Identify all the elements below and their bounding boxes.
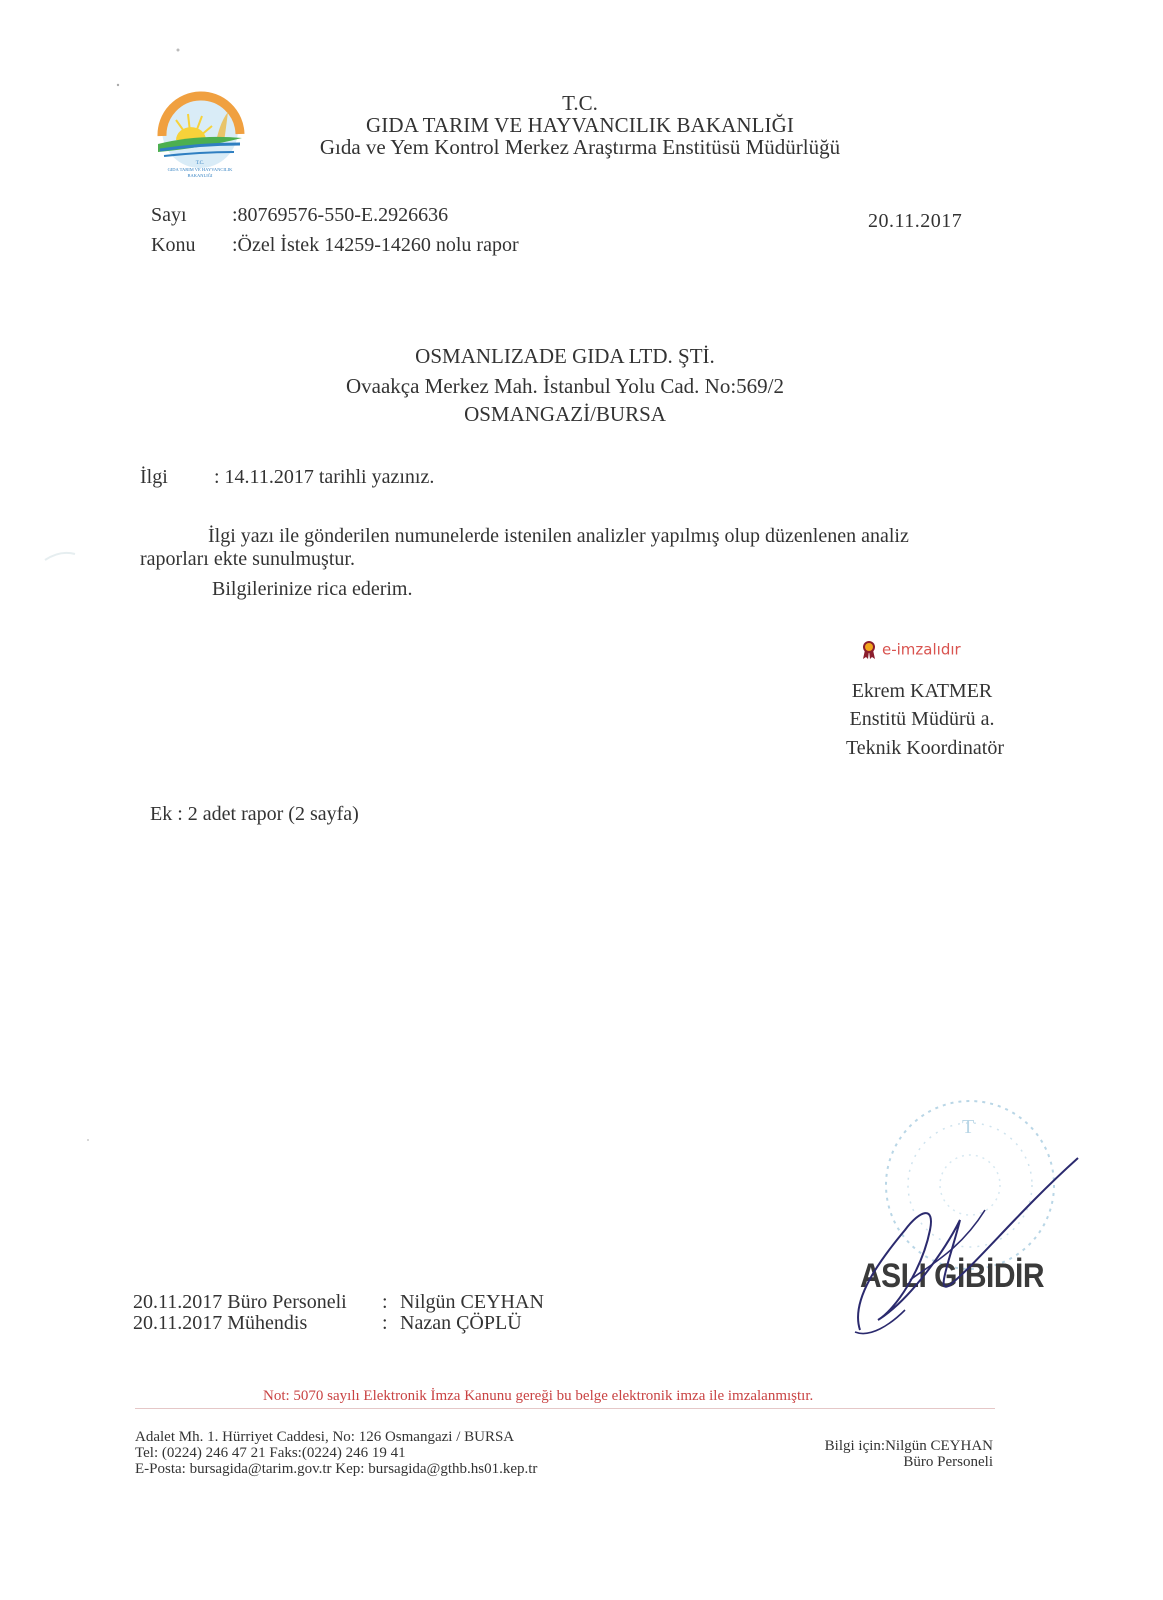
header-ministry: GIDA TARIM VE HAYVANCILIK BAKANLIĞI	[300, 114, 860, 136]
svg-text:T: T	[962, 1116, 974, 1138]
personnel-sep-1: :	[382, 1292, 388, 1312]
personnel-name-1: Nilgün CEYHAN	[400, 1292, 544, 1312]
signer-title-2: Teknik Koordinatör	[815, 737, 1035, 760]
personnel-role-2: 20.11.2017 Mühendis	[133, 1313, 307, 1333]
sayi-value: :80769576-550-E.2926636	[232, 204, 448, 227]
eimza-badge: e-imzalıdır	[862, 640, 961, 660]
konu-value: :Özel İstek 14259-14260 nolu rapor	[232, 234, 519, 257]
logo-caption-tc: T.C.	[196, 161, 205, 166]
header-institute: Gıda ve Yem Kontrol Merkez Araştırma Ens…	[300, 136, 860, 158]
konu-label: Konu	[151, 234, 195, 257]
logo-caption-bottom: BAKANLIĞI	[188, 173, 213, 178]
ilgi-label: İlgi	[140, 466, 168, 489]
note-divider	[135, 1408, 995, 1409]
attachment-note: Ek : 2 adet rapor (2 sayfa)	[150, 803, 359, 826]
header-state: T.C.	[300, 92, 860, 114]
addressee-street: Ovaakça Merkez Mah. İstanbul Yolu Cad. N…	[330, 374, 800, 399]
handwritten-signature-icon	[850, 1150, 1090, 1350]
award-ribbon-icon	[862, 640, 876, 660]
eimza-label: e-imzalıdır	[882, 641, 961, 659]
ilgi-value: : 14.11.2017 tarihli yazınız.	[214, 466, 434, 489]
addressee-city: OSMANGAZİ/BURSA	[330, 402, 800, 427]
addressee-company: OSMANLIZADE GIDA LTD. ŞTİ.	[330, 344, 800, 369]
body-line-3: Bilgilerinize rica ederim.	[212, 578, 412, 601]
personnel-role-1: 20.11.2017 Büro Personeli	[133, 1292, 347, 1312]
footer-info-role: Büro Personeli	[903, 1454, 993, 1470]
logo-caption: GIDA TARIM VE HAYVANCILIK	[168, 167, 234, 172]
signer-name: Ekrem KATMER	[812, 680, 1032, 703]
footer-email: E-Posta: bursagida@tarim.gov.tr Kep: bur…	[135, 1461, 537, 1477]
footer-address: Adalet Mh. 1. Hürriyet Caddesi, No: 126 …	[135, 1429, 514, 1445]
signer-title-1: Enstitü Müdürü a.	[812, 708, 1032, 731]
sayi-label: Sayı	[151, 204, 187, 227]
footer-phone: Tel: (0224) 246 47 21 Faks:(0224) 246 19…	[135, 1445, 406, 1461]
body-line-2: raporları ekte sunulmuştur.	[140, 548, 355, 571]
personnel-sep-2: :	[382, 1313, 388, 1333]
footer-info-contact: Bilgi için:Nilgün CEYHAN	[825, 1438, 993, 1454]
electronic-signature-note: Not: 5070 sayılı Elektronik İmza Kanunu …	[263, 1388, 813, 1405]
body-line-1: İlgi yazı ile gönderilen numunelerde ist…	[208, 525, 909, 548]
document-date: 20.11.2017	[868, 210, 962, 233]
personnel-name-2: Nazan ÇÖPLÜ	[400, 1313, 522, 1333]
ministry-logo-icon: T.C. GIDA TARIM VE HAYVANCILIK BAKANLIĞI	[150, 84, 254, 180]
